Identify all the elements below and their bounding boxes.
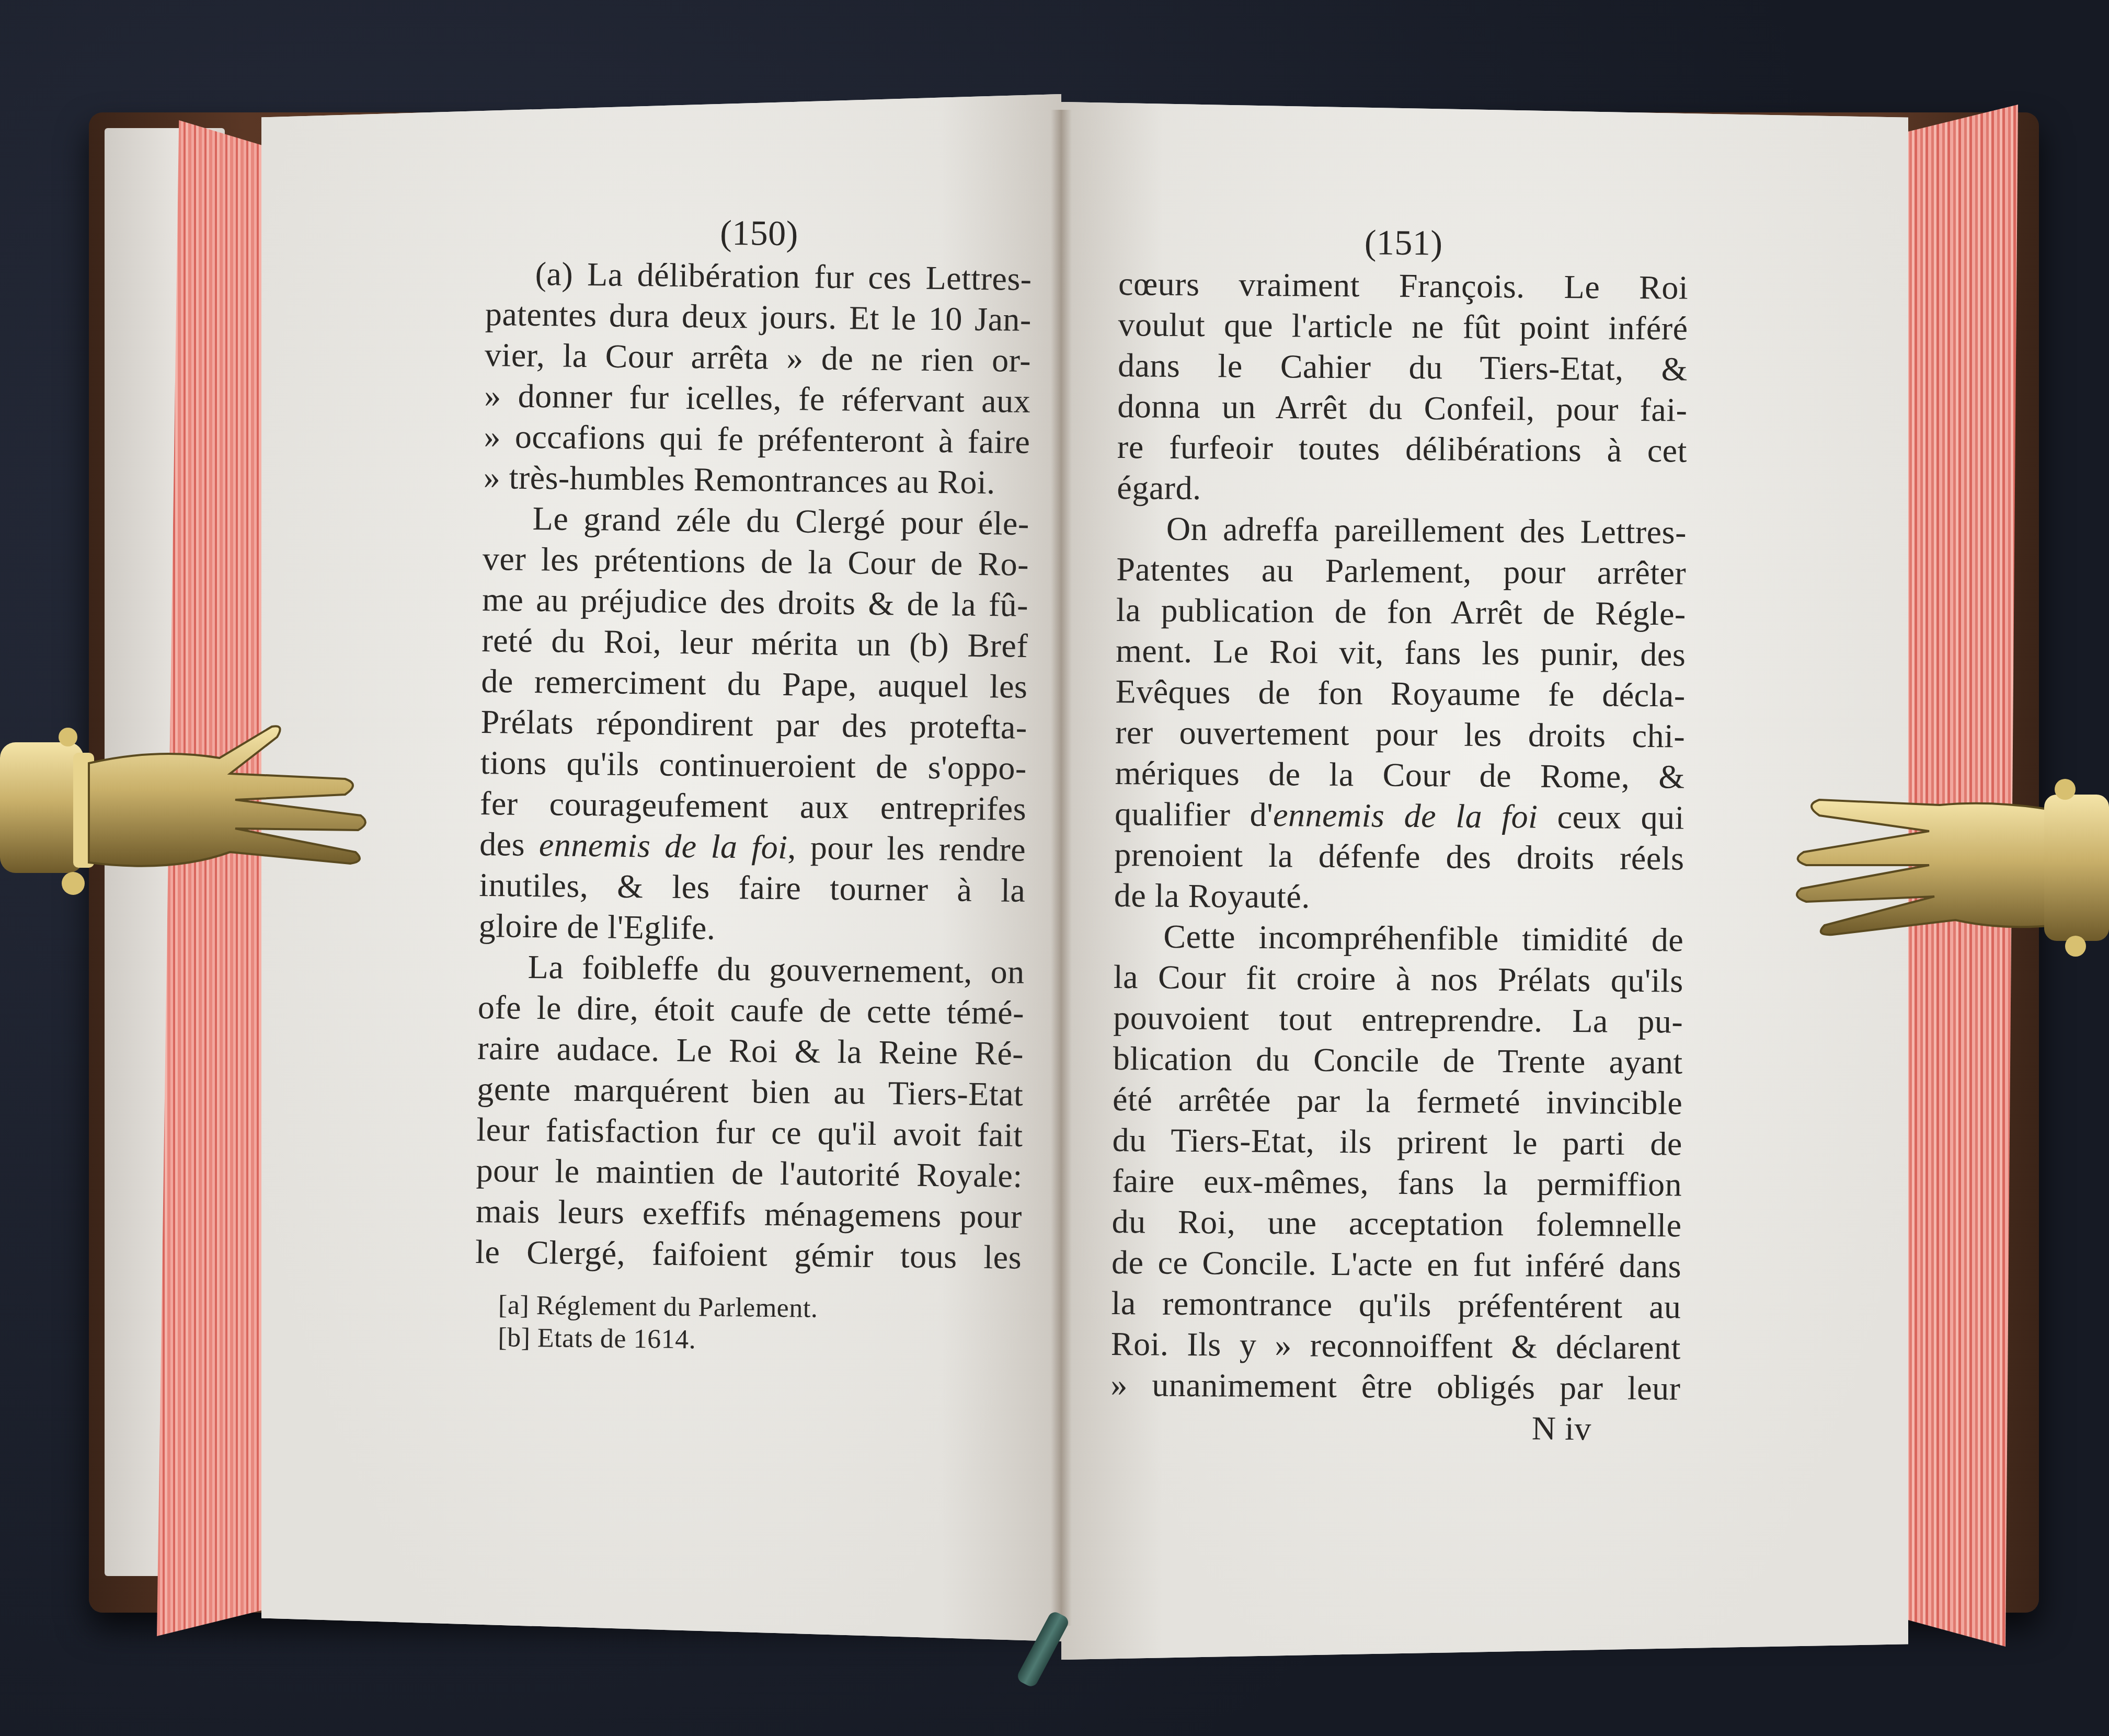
text-line: pouvoient tout entreprendre. La pu- xyxy=(1113,997,1683,1042)
text-line: blication du Concile de Trente ayant xyxy=(1113,1038,1683,1083)
right-page-lines: cœurs vraiment François. Le Roivoulut qu… xyxy=(1110,263,1688,1409)
text-line: ment. Le Roi vit, fans les punir, des xyxy=(1116,630,1686,675)
text-line: mériques de la Cour de Rome, & xyxy=(1115,753,1685,798)
text-line: la remontrance qu'ils préfentérent au xyxy=(1111,1283,1681,1328)
text-line: Evêques de fon Royaume fe décla- xyxy=(1115,671,1686,716)
text-line: du Roi, une acceptation folemnelle xyxy=(1111,1201,1682,1246)
text-line: gloire de l'Eglife. xyxy=(478,905,1025,952)
text-line: ofe le dire, étoit caufe de cette témé- xyxy=(478,987,1025,1033)
text-line: fer courageufement aux entreprifes xyxy=(480,783,1027,830)
right-page-text: (151) cœurs vraiment François. Le Roivou… xyxy=(1110,220,1689,1450)
left-page-text: (150) (a) La délibération fur ces Lettre… xyxy=(474,209,1033,1360)
text-line: » unanimement être obligés par leur xyxy=(1110,1364,1681,1409)
text-line: me au préjudice des droits & de la fû- xyxy=(482,579,1029,626)
text-line: On adreffa pareillement des Lettres- xyxy=(1117,508,1687,553)
text-line: Prélats répondirent par des protefta- xyxy=(480,702,1027,748)
text-line: reté du Roi, leur mérita un (b) Bref xyxy=(482,620,1028,666)
text-line: patentes dura deux jours. Et le 10 Jan- xyxy=(485,294,1031,340)
text-line: de remerciment du Pape, auquel les xyxy=(481,661,1028,707)
italic-phrase: ennemis de la foi xyxy=(539,826,788,866)
page-number: (150) xyxy=(486,209,1033,257)
text-line: » donner fur icelles, fe réfervant aux xyxy=(484,375,1031,422)
text-line: mais leurs exeffifs ménagemens pour xyxy=(476,1191,1023,1237)
text-line: raire audace. Le Roi & la Reine Ré- xyxy=(477,1028,1024,1074)
signature-mark: N iv xyxy=(1110,1405,1681,1450)
text-line: des ennemis de la foi, pour les rendre xyxy=(479,824,1026,870)
text-line: ver les prétentions de la Cour de Ro- xyxy=(483,538,1029,585)
brass-hand-holder-left-icon xyxy=(0,695,376,915)
book-gutter xyxy=(1051,110,1072,1626)
text-line: Cette incompréhenfible timidité de xyxy=(1114,916,1684,961)
book-photo-scene: (150) (a) La délibération fur ces Lettre… xyxy=(0,0,2109,1736)
text-line: de ce Concile. L'acte en fut inféré dans xyxy=(1111,1242,1682,1287)
italic-phrase: ennemis de la foi xyxy=(1273,796,1538,835)
text-line: prenoient la défenfe des droits réels xyxy=(1114,834,1684,879)
text-line: » occafions qui fe préfenteront à faire xyxy=(484,416,1030,463)
text-line: leur fatisfaction fur ce qu'il avoit fai… xyxy=(476,1109,1023,1156)
text-line: (a) La délibération fur ces Lettres- xyxy=(485,253,1032,300)
text-line: Roi. Ils y » reconnoiffent & déclarent xyxy=(1111,1324,1681,1369)
text-line: du Tiers-Etat, ils prirent le parti de xyxy=(1112,1120,1682,1165)
left-page-lines: (a) La délibération fur ces Lettres-pate… xyxy=(475,253,1032,1278)
text-line: faire eux-mêmes, fans la permiffion xyxy=(1112,1160,1682,1205)
text-line: cœurs vraiment François. Le Roi xyxy=(1118,263,1689,308)
text-line: tions qu'ils continueroient de s'oppo- xyxy=(480,742,1027,789)
text-line: le Clergé, faifoient gémir tous les xyxy=(475,1232,1022,1278)
text-line: pour le maintien de l'autorité Royale: xyxy=(476,1150,1023,1197)
text-line: la Cour fit croire à nos Prélats qu'ils xyxy=(1114,957,1684,1002)
text-line: la publication de fon Arrêt de Régle- xyxy=(1116,590,1687,635)
text-line: rer ouvertement pour les droits chi- xyxy=(1115,712,1686,757)
footnotes: [a] Réglement du Parlement. [b] Etats de… xyxy=(474,1289,1021,1360)
text-line: » très-humbles Remontrances au Roi. xyxy=(483,457,1030,503)
text-line: vier, la Cour arrêta » de ne rien or- xyxy=(485,335,1031,381)
footnote-b: [b] Etats de 1614. xyxy=(498,1321,1021,1359)
text-line: été arrêtée par la fermeté invincible xyxy=(1113,1079,1683,1124)
text-line: égard. xyxy=(1117,467,1687,512)
text-line: dans le Cahier du Tiers-Etat, & xyxy=(1118,345,1688,390)
text-line: de la Royauté. xyxy=(1114,875,1684,920)
text-line: donna un Arrêt du Confeil, pour fai- xyxy=(1117,386,1688,431)
page-number: (151) xyxy=(1118,220,1689,266)
text-line: inutiles, & les faire tourner à la xyxy=(479,865,1026,911)
text-line: Patentes au Parlement, pour arrêter xyxy=(1116,549,1687,594)
brass-hand-holder-right-icon xyxy=(1783,753,2109,972)
text-line: re furfeoir toutes délibérations à cet xyxy=(1117,427,1688,472)
text-line: qualifier d'ennemis de la foi ceux qui xyxy=(1115,794,1685,838)
text-line: Le grand zéle du Clergé pour éle- xyxy=(483,498,1029,544)
text-line: gente marquérent bien au Tiers-Etat xyxy=(477,1068,1024,1115)
text-line: La foibleffe du gouvernement, on xyxy=(478,946,1025,993)
footnote-a: [a] Réglement du Parlement. xyxy=(498,1289,1022,1327)
text-line: voulut que l'article ne fût point inféré xyxy=(1118,304,1688,349)
